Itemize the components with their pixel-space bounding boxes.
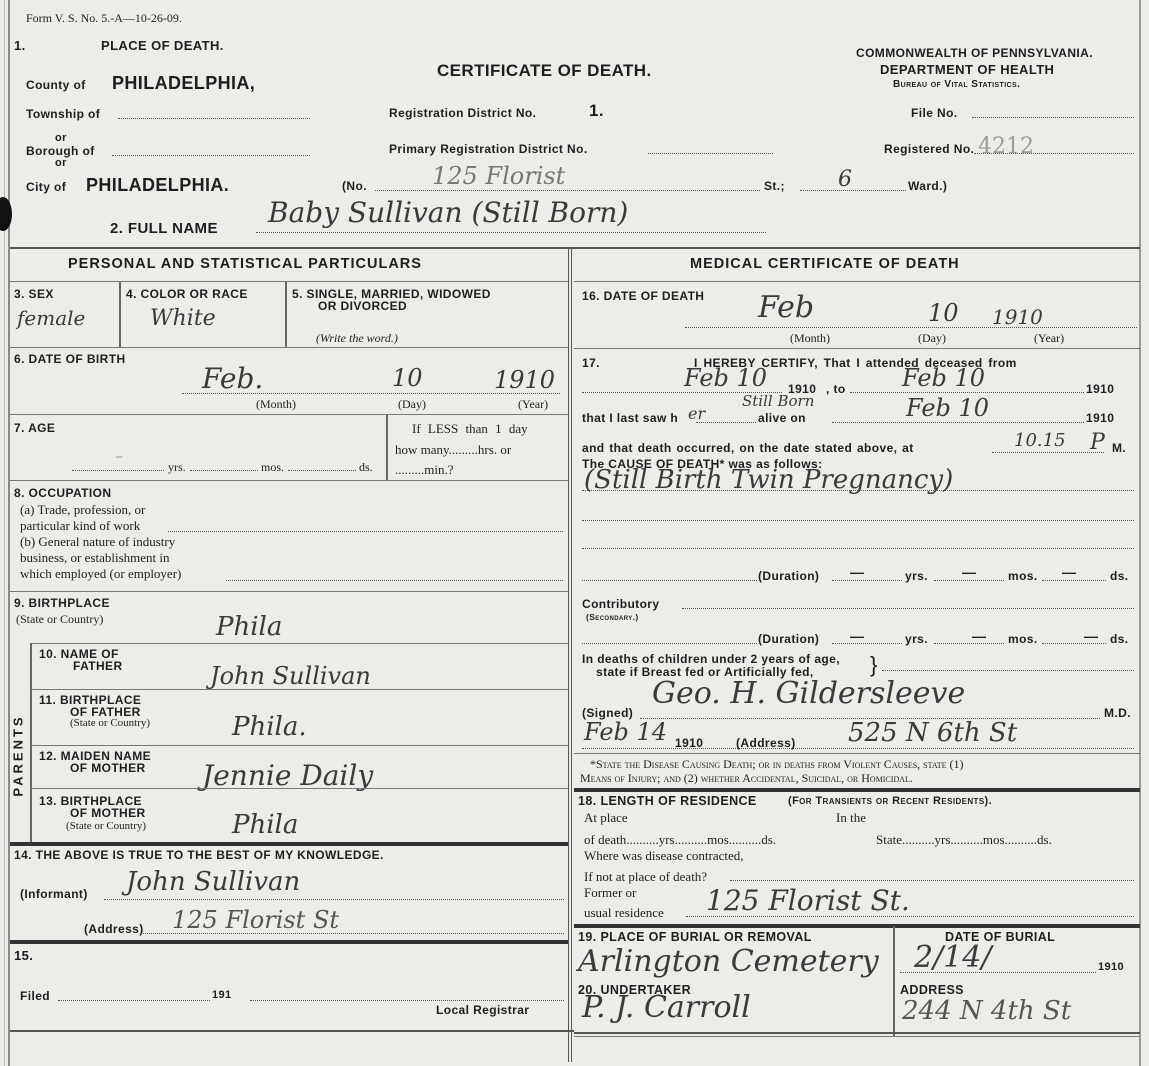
feeding-field bbox=[882, 670, 1134, 671]
contrib-duration-mos-field bbox=[934, 643, 1004, 644]
borough-field bbox=[112, 155, 310, 156]
age-yrs-value: – bbox=[115, 446, 123, 465]
father-name-label: 10. NAME OF FATHER bbox=[39, 648, 123, 672]
page-edge bbox=[8, 0, 10, 1066]
age-mos-field bbox=[190, 470, 258, 471]
file-no-label: File No. bbox=[911, 106, 958, 120]
father-birthplace-label: 11. BIRTHPLACE OF FATHER bbox=[39, 694, 141, 718]
full-name-label: 2. FULL NAME bbox=[110, 220, 218, 237]
occupation-label: 8. OCCUPATION bbox=[14, 486, 111, 500]
divider bbox=[285, 282, 287, 347]
bureau-label: Bureau of Vital Statistics. bbox=[893, 79, 1020, 90]
section-1-number: 1. bbox=[14, 38, 26, 53]
md-label: M.D. bbox=[1104, 706, 1131, 720]
secondary-label: (Secondary.) bbox=[586, 612, 639, 622]
ds-label: ds. bbox=[359, 460, 373, 475]
registration-district-value: 1. bbox=[589, 101, 604, 121]
divider bbox=[10, 1030, 574, 1032]
file-no-field bbox=[972, 117, 1134, 118]
footnote-line-2: Means of Injury; and (2) whether Acciden… bbox=[580, 771, 913, 786]
cause-value: (Still Birth Twin Pregnancy) bbox=[584, 465, 953, 495]
form-id: Form V. S. No. 5.-A—10-26-09. bbox=[26, 11, 182, 26]
contrib-duration-ds-value: — bbox=[1084, 628, 1098, 644]
burial-date-value: 2/14/ bbox=[914, 940, 991, 975]
informant-label: (Informant) bbox=[20, 887, 88, 901]
contrib-duration-yrs-value: — bbox=[850, 628, 864, 644]
mother-birthplace-hint: (State or Country) bbox=[66, 820, 146, 832]
section-15-label: 15. bbox=[14, 948, 33, 963]
divider bbox=[386, 415, 388, 480]
parents-side-label: PARENTS bbox=[11, 708, 26, 804]
attended-to-year: 1910 bbox=[1086, 382, 1114, 396]
duration-mos-value: — bbox=[962, 564, 976, 580]
yrs-label: yrs. bbox=[905, 569, 928, 583]
former-residence-label-2: usual residence bbox=[584, 905, 664, 921]
duration-mos-field bbox=[934, 580, 1004, 581]
last-saw-year: 1910 bbox=[1086, 411, 1114, 425]
commonwealth-label: COMMONWEALTH OF PENNSYLVANIA. bbox=[856, 46, 1093, 60]
in-the-label: In the bbox=[836, 810, 866, 826]
attended-to-field bbox=[850, 392, 1084, 393]
physician-address-label: (Address) bbox=[736, 736, 796, 750]
local-registrar-label: Local Registrar bbox=[436, 1003, 529, 1017]
ward-field bbox=[800, 190, 906, 191]
ds-label: ds. bbox=[1110, 632, 1129, 646]
personal-section-title: PERSONAL AND STATISTICAL PARTICULARS bbox=[68, 256, 422, 272]
undertaker-address-value: 244 N 4th St bbox=[902, 996, 1071, 1026]
former-residence-value: 125 Florist St. bbox=[706, 884, 910, 917]
township-field bbox=[118, 118, 310, 119]
day-caption: (Day) bbox=[918, 331, 946, 346]
filed-date-field bbox=[58, 1000, 210, 1001]
dob-year: 1910 bbox=[494, 366, 555, 394]
contrib-duration-leader bbox=[582, 643, 757, 644]
birthplace-label: 9. BIRTHPLACE bbox=[14, 596, 110, 610]
filed-label: Filed bbox=[20, 989, 50, 1003]
former-residence-label: Former or bbox=[584, 885, 636, 901]
age-label: 7. AGE bbox=[14, 421, 55, 435]
ward-label: Ward.) bbox=[908, 179, 947, 193]
informant-field bbox=[104, 899, 564, 900]
divider bbox=[574, 281, 1140, 282]
mos-label: mos. bbox=[1008, 569, 1038, 583]
county-value: PHILADELPHIA, bbox=[112, 73, 255, 94]
sex-value: female bbox=[17, 306, 85, 330]
age-yrs-field bbox=[72, 470, 164, 471]
divider bbox=[574, 924, 1140, 928]
last-saw-pronoun: er bbox=[688, 404, 705, 423]
divider bbox=[574, 1036, 1140, 1037]
dod-field bbox=[685, 327, 1137, 328]
mother-birthplace-label-2: OF MOTHER bbox=[39, 807, 146, 819]
disease-contracted-field bbox=[730, 880, 1134, 881]
duration-ds-field bbox=[1042, 580, 1106, 581]
father-name-value: John Sullivan bbox=[210, 662, 371, 690]
birthplace-hint: (State or Country) bbox=[16, 612, 103, 627]
physician-address-value: 525 N 6th St bbox=[848, 718, 1017, 748]
duration-leader bbox=[582, 580, 757, 581]
page-edge bbox=[4, 0, 5, 1066]
mother-name-label: 12. MAIDEN NAME OF MOTHER bbox=[39, 750, 151, 774]
father-birthplace-value: Phila. bbox=[232, 712, 307, 742]
occupation-b-line-2: business, or establishment in bbox=[20, 550, 181, 566]
page-edge bbox=[1139, 0, 1141, 1066]
undertaker-address-label: ADDRESS bbox=[900, 983, 964, 997]
occupation-a-field bbox=[168, 531, 563, 532]
divider bbox=[10, 347, 568, 348]
certificate-title: CERTIFICATE OF DEATH. bbox=[437, 61, 652, 81]
local-registrar-signature-field bbox=[250, 1000, 564, 1001]
primary-registration-label: Primary Registration District No. bbox=[389, 142, 588, 156]
divider bbox=[893, 926, 895, 1036]
dob-label: 6. DATE OF BIRTH bbox=[14, 352, 126, 366]
death-time-suffix: M. bbox=[1112, 441, 1126, 455]
divider bbox=[30, 689, 568, 690]
attended-to-value: Feb 10 bbox=[902, 364, 985, 392]
burial-place-value: Arlington Cemetery bbox=[578, 944, 879, 979]
ds-label: ds. bbox=[1110, 569, 1129, 583]
contrib-duration-label: (Duration) bbox=[758, 632, 819, 646]
contrib-duration-mos-value: — bbox=[972, 628, 986, 644]
occupation-a-text: (a) Trade, profession, or particular kin… bbox=[20, 502, 181, 582]
month-caption: (Month) bbox=[256, 397, 296, 412]
marital-hint: (Write the word.) bbox=[316, 331, 398, 346]
duration-ds-value: — bbox=[1062, 564, 1076, 580]
to-label: , to bbox=[826, 382, 846, 396]
marital-label-2: OR DIVORCED bbox=[318, 299, 407, 313]
signed-date-address-field bbox=[582, 748, 1134, 749]
death-time-text: and that death occurred, on the date sta… bbox=[582, 441, 914, 455]
or-label: or bbox=[55, 157, 67, 169]
birthplace-value: Phila bbox=[216, 612, 282, 642]
informant-address-value: 125 Florist St bbox=[172, 906, 339, 934]
signed-year: 1910 bbox=[675, 736, 703, 750]
less-than-day-minutes: .........min.? bbox=[395, 462, 454, 478]
race-label: 4. COLOR OR RACE bbox=[126, 287, 248, 301]
township-label: Township of bbox=[26, 107, 100, 121]
divider bbox=[574, 753, 1140, 754]
divider bbox=[10, 940, 568, 944]
informant-address-label: (Address) bbox=[84, 922, 144, 936]
at-place-label: At place bbox=[584, 810, 628, 826]
yrs-label: yrs. bbox=[905, 632, 928, 646]
yrs-label: yrs. bbox=[168, 460, 186, 475]
duration-yrs-value: — bbox=[850, 564, 864, 580]
burial-year: 1910 bbox=[1098, 961, 1124, 973]
signed-date: Feb 14 bbox=[584, 718, 667, 746]
divider bbox=[10, 842, 568, 846]
mos-label: mos. bbox=[261, 460, 284, 475]
in-the-state-line: State..........yrs..........mos.........… bbox=[876, 832, 1052, 848]
street-address-field bbox=[375, 190, 760, 191]
alive-on-label: alive on bbox=[758, 411, 806, 425]
last-saw-date: Feb 10 bbox=[906, 394, 989, 422]
dod-label: 16. DATE OF DEATH bbox=[582, 289, 704, 303]
divider bbox=[119, 282, 121, 347]
death-time-value: 10.15 bbox=[1014, 430, 1066, 451]
undertaker-value: P. J. Carroll bbox=[582, 990, 751, 1025]
mother-birthplace-label: 13. BIRTHPLACE OF MOTHER bbox=[39, 795, 146, 819]
primary-registration-field bbox=[648, 153, 773, 154]
divider bbox=[10, 247, 1140, 249]
full-name-field bbox=[256, 232, 766, 233]
physician-signature: Geo. H. Gildersleeve bbox=[652, 676, 965, 711]
department-label: DEPARTMENT OF HEALTH bbox=[880, 62, 1054, 77]
county-label: County of bbox=[26, 78, 86, 92]
less-than-day-text: If LESS than 1 day bbox=[412, 421, 528, 437]
death-certificate-page: Form V. S. No. 5.-A—10-26-09. 1. PLACE O… bbox=[0, 0, 1149, 1066]
place-of-death-title: PLACE OF DEATH. bbox=[101, 38, 224, 53]
registered-no-value: 4212 bbox=[978, 134, 1034, 159]
sex-label: 3. SEX bbox=[14, 287, 54, 301]
month-caption: (Month) bbox=[790, 331, 830, 346]
children-note-1: In deaths of children under 2 years of a… bbox=[582, 652, 840, 666]
footnote-line-1: *State the Disease Causing Death; or in … bbox=[590, 757, 964, 772]
residence-label: 18. LENGTH OF RESIDENCE bbox=[578, 794, 757, 808]
occupation-b-line-3: which employed (or employer) bbox=[20, 566, 181, 582]
cause-field-line-2 bbox=[582, 520, 1134, 521]
brace-icon: } bbox=[870, 652, 878, 678]
divider bbox=[30, 788, 568, 789]
cause-field-line-3 bbox=[582, 548, 1134, 549]
death-time-meridiem: P bbox=[1090, 430, 1105, 455]
full-name-value: Baby Sullivan (Still Born) bbox=[268, 196, 628, 229]
divider bbox=[10, 591, 568, 592]
divider bbox=[10, 480, 568, 481]
dod-day: 10 bbox=[928, 299, 959, 327]
medical-section-title: MEDICAL CERTIFICATE OF DEATH bbox=[690, 256, 960, 272]
occupation-a-line-2: particular kind of work bbox=[20, 518, 181, 534]
occupation-b-line-1: (b) General nature of industry bbox=[20, 534, 181, 550]
city-label: City of bbox=[26, 180, 66, 194]
attended-from-value: Feb 10 bbox=[684, 364, 767, 392]
divider bbox=[30, 643, 568, 644]
city-value: PHILADELPHIA. bbox=[86, 175, 229, 196]
age-ds-field bbox=[288, 470, 356, 471]
father-name-label-2: FATHER bbox=[39, 660, 123, 672]
at-place-of-death-line: of death..........yrs..........mos......… bbox=[584, 832, 776, 848]
disease-contracted-label: Where was disease contracted, bbox=[584, 848, 744, 864]
dod-month: Feb bbox=[758, 290, 814, 325]
street-address-value: 125 Florist bbox=[432, 162, 565, 190]
divider bbox=[574, 1032, 1140, 1034]
father-birthplace-hint: (State or Country) bbox=[70, 717, 150, 729]
ward-value: 6 bbox=[838, 167, 852, 192]
disease-contracted-label-2: If not at place of death? bbox=[584, 869, 707, 885]
registration-district-label: Registration District No. bbox=[389, 106, 536, 120]
last-saw-date-field bbox=[832, 422, 1084, 423]
year-caption: (Year) bbox=[1034, 331, 1064, 346]
day-caption: (Day) bbox=[398, 397, 426, 412]
burial-place-label: 19. PLACE OF BURIAL OR REMOVAL bbox=[578, 930, 812, 944]
contributory-label: Contributory bbox=[582, 597, 659, 611]
year-caption: (Year) bbox=[518, 397, 548, 412]
death-time-field bbox=[992, 452, 1104, 453]
mos-label: mos. bbox=[1008, 632, 1038, 646]
last-saw-prefix: that I last saw h bbox=[582, 411, 678, 425]
duration-label: (Duration) bbox=[758, 569, 819, 583]
divider bbox=[574, 348, 1140, 349]
divider bbox=[574, 788, 1140, 792]
contrib-duration-yrs-field bbox=[832, 643, 902, 644]
contributory-field bbox=[682, 608, 1134, 609]
parents-divider bbox=[30, 643, 32, 843]
dob-day: 10 bbox=[392, 364, 423, 392]
less-than-day-hours: how many.........hrs. or bbox=[395, 442, 511, 458]
section-17-number: 17. bbox=[582, 356, 600, 370]
or-label: or bbox=[55, 132, 67, 144]
divider bbox=[30, 745, 568, 746]
dob-month: Feb. bbox=[202, 362, 263, 395]
mother-name-label-2: OF MOTHER bbox=[39, 762, 151, 774]
dod-year: 1910 bbox=[992, 305, 1043, 329]
registered-no-label: Registered No. bbox=[884, 142, 974, 156]
mother-birthplace-value: Phila bbox=[232, 810, 298, 840]
borough-label: Borough of bbox=[26, 144, 95, 158]
street-label: St.; bbox=[764, 179, 785, 193]
divider bbox=[10, 414, 568, 415]
occupation-a-line-1: (a) Trade, profession, or bbox=[20, 502, 181, 518]
residence-hint: (For Transients or Recent Residents). bbox=[788, 795, 992, 807]
attestation-label: 14. THE ABOVE IS TRUE TO THE BEST OF MY … bbox=[14, 848, 384, 862]
occupation-b-field bbox=[226, 580, 563, 581]
race-value: White bbox=[150, 306, 216, 331]
divider bbox=[10, 281, 568, 282]
informant-value: John Sullivan bbox=[126, 867, 300, 897]
column-divider bbox=[568, 247, 572, 1062]
last-saw-note: Still Born bbox=[742, 392, 814, 410]
filed-year-prefix: 191 bbox=[212, 989, 232, 1001]
binder-hole bbox=[0, 197, 12, 231]
duration-yrs-field bbox=[832, 580, 902, 581]
pronoun-field bbox=[696, 422, 756, 423]
street-number-label: (No. bbox=[342, 179, 367, 193]
